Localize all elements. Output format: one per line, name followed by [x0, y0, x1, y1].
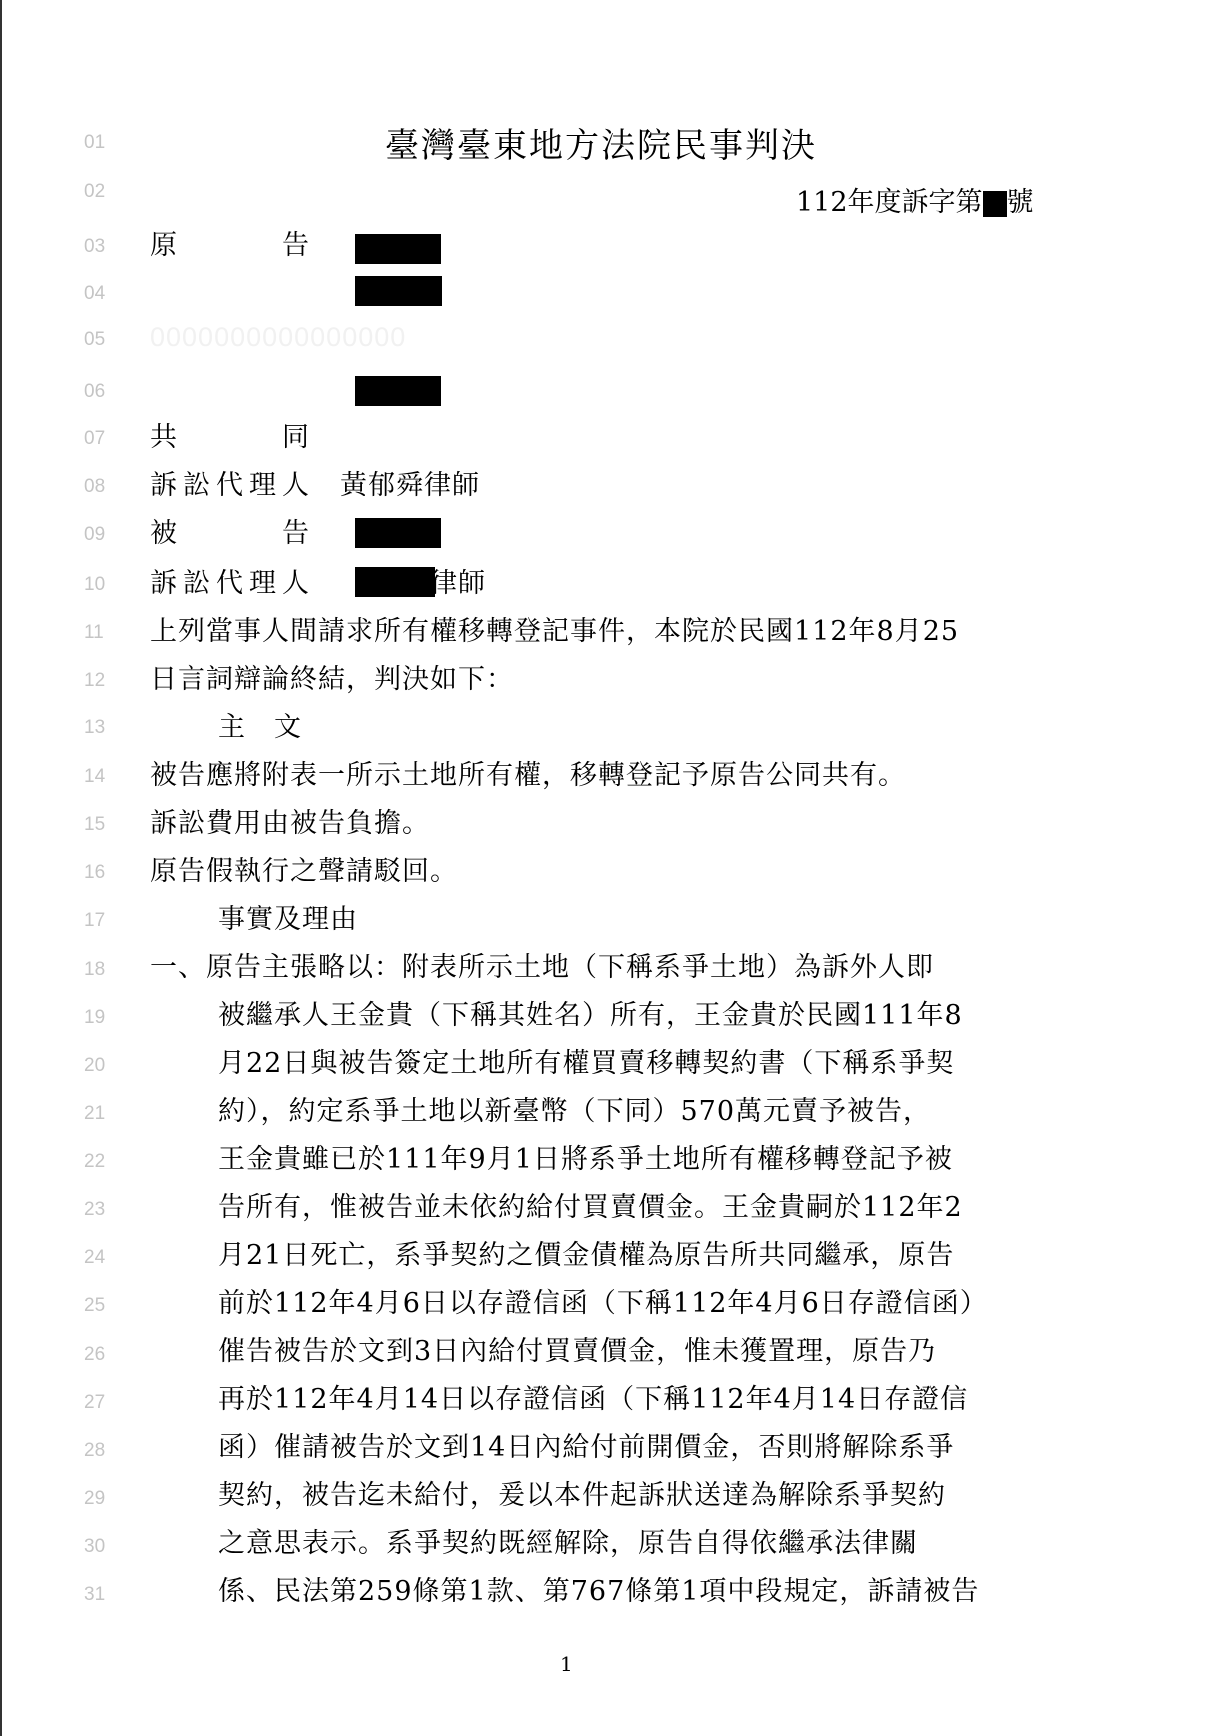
line-number: 28: [84, 1439, 124, 1463]
line-number: 13: [84, 716, 124, 740]
redaction-box: [983, 191, 1007, 217]
line-number: 08: [84, 475, 124, 499]
line-number: 24: [84, 1246, 124, 1270]
redaction-box: [355, 376, 441, 406]
section-heading-main-text: 主 文: [218, 710, 302, 746]
body-line: 原告假執行之聲請駁回。: [150, 854, 458, 890]
defendant-agent-row: 訴訟代理人律師: [150, 566, 486, 602]
redaction-box: [355, 567, 435, 597]
line-number: 17: [84, 909, 124, 933]
section-heading-facts-reasons: 事實及理由: [218, 902, 358, 938]
defendant-agent-label: 訴訟代理人: [150, 566, 310, 602]
plaintiff-label: 原 告: [150, 228, 310, 264]
joint-agent-name: 黃郁舜律師: [340, 470, 480, 501]
line-number: 04: [84, 282, 124, 306]
line-number: 20: [84, 1054, 124, 1078]
line-number: 10: [84, 573, 124, 597]
body-line: 日言詞辯論終結，判決如下：: [150, 662, 514, 698]
line-number: 11: [84, 621, 124, 645]
page-left-border: [0, 0, 2, 1736]
body-line: 係、民法第259條第1款、第767條第1項中段規定，訴請被告: [218, 1574, 979, 1610]
page-number: 1: [560, 1652, 573, 1676]
document-title: 臺灣臺東地方法院民事判決: [385, 118, 817, 167]
case-number-suffix: 號: [1007, 187, 1034, 218]
body-line: 被告應將附表一所示土地所有權，移轉登記予原告公同共有。: [150, 758, 906, 794]
line-number: 22: [84, 1150, 124, 1174]
line-number: 30: [84, 1535, 124, 1559]
line-number: 15: [84, 813, 124, 837]
line-number: 01: [84, 131, 124, 155]
line-number: 14: [84, 765, 124, 789]
line-number: 16: [84, 861, 124, 885]
body-line: 月21日死亡，系爭契約之價金債權為原告所共同繼承，原告: [218, 1238, 954, 1274]
line-number: 23: [84, 1198, 124, 1222]
line-number: 03: [84, 235, 124, 259]
defendant-agent-suffix: 律師: [430, 568, 486, 599]
line-number: 07: [84, 427, 124, 451]
line-number: 18: [84, 958, 124, 982]
body-line: 催告被告於文到3日內給付買賣價金，惟未獲置理，原告乃: [218, 1334, 936, 1370]
body-line: 一、原告主張略以：附表所示土地（下稱系爭土地）為訴外人即: [150, 950, 934, 986]
body-line: 之意思表示。系爭契約既經解除，原告自得依繼承法律關: [218, 1526, 918, 1562]
line-number: 26: [84, 1343, 124, 1367]
body-line: 被繼承人王金貴（下稱其姓名）所有，王金貴於民國111年8: [218, 998, 963, 1034]
joint-agent-label: 訴訟代理人: [150, 468, 310, 504]
line-number: 25: [84, 1294, 124, 1318]
body-line: 月22日與被告簽定土地所有權買賣移轉契約書（下稱系爭契: [218, 1046, 954, 1082]
joint-agent-row: 訴訟代理人黃郁舜律師: [150, 468, 480, 504]
line-number: 09: [84, 523, 124, 547]
case-number-prefix: 112年度訴字第: [796, 187, 983, 218]
line-number: 05: [84, 328, 124, 352]
line-number: 19: [84, 1006, 124, 1030]
joint-label: 共 同: [150, 420, 310, 456]
line-number: 06: [84, 380, 124, 404]
body-line: 契約，被告迄未給付，爰以本件起訴狀送達為解除系爭契約: [218, 1478, 946, 1514]
body-line: 告所有，惟被告並未依約給付買賣價金。王金貴嗣於112年2: [218, 1190, 963, 1226]
redaction-box: [355, 276, 442, 306]
case-number: 112年度訴字第號: [796, 180, 1034, 219]
redaction-box: [355, 234, 441, 264]
body-line: 再於112年4月14日以存證信函（下稱112年4月14日存證信: [218, 1382, 968, 1418]
body-line: 前於112年4月6日以存證信函（下稱112年4月6日存證信函）: [218, 1286, 988, 1322]
line-number: 12: [84, 669, 124, 693]
line-number: 21: [84, 1102, 124, 1126]
plaintiff-row: 原 告: [150, 228, 310, 264]
defendant-label: 被 告: [150, 516, 310, 552]
defendant-row: 被 告: [150, 516, 310, 552]
line-number: 31: [84, 1583, 124, 1607]
redaction-box: [355, 518, 441, 548]
body-line: 約），約定系爭土地以新臺幣（下同）570萬元賣予被告，: [218, 1094, 931, 1130]
joint-row: 共 同: [150, 420, 310, 456]
line-number: 02: [84, 180, 124, 204]
body-line: 上列當事人間請求所有權移轉登記事件，本院於民國112年8月25: [150, 614, 959, 650]
body-line: 訴訟費用由被告負擔。: [150, 806, 430, 842]
line-number: 27: [84, 1391, 124, 1415]
body-line: 函）催請被告於文到14日內給付前開價金，否則將解除系爭: [218, 1430, 954, 1466]
body-line: 王金貴雖已於111年9月1日將系爭土地所有權移轉登記予被: [218, 1142, 953, 1178]
line-number: 29: [84, 1487, 124, 1511]
faint-placeholder-text: 0000000000000000: [150, 322, 406, 353]
